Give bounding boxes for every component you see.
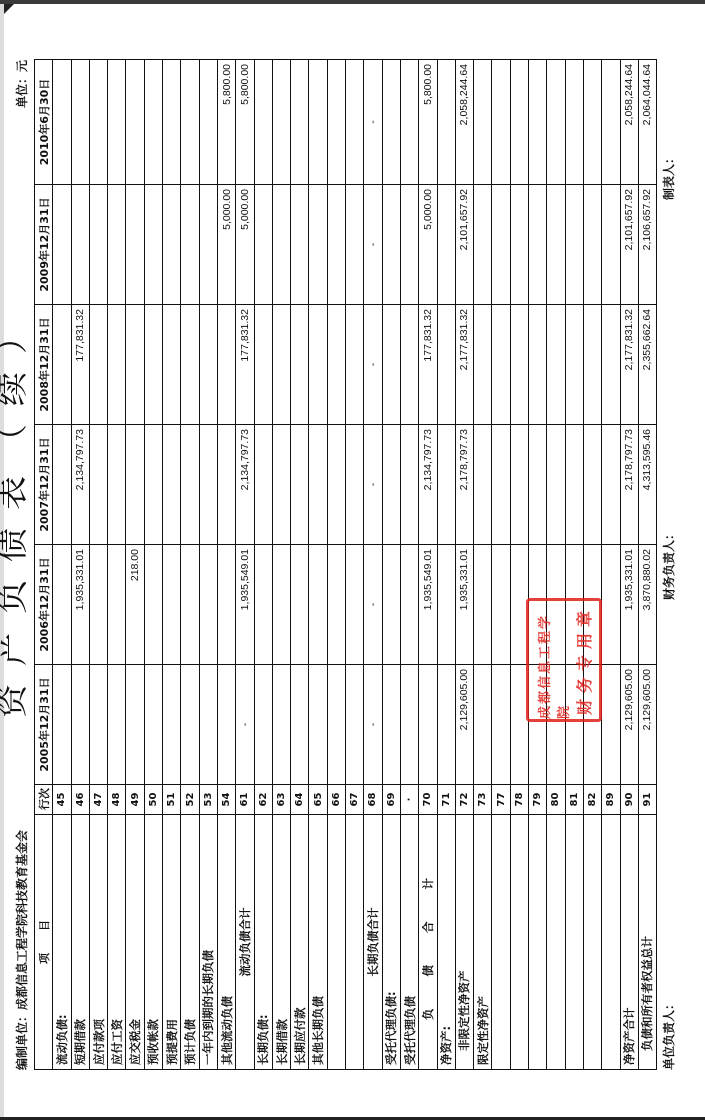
row-value-cell	[565, 545, 583, 665]
row-value-cell	[199, 60, 217, 185]
row-value-cell	[254, 60, 272, 185]
row-value-cell	[199, 425, 217, 545]
row-value-cell: 2,134,797.73	[236, 425, 254, 545]
row-value-cell	[89, 545, 107, 665]
row-value-cell	[89, 60, 107, 185]
row-value-cell	[199, 665, 217, 785]
row-value-cell	[346, 545, 364, 665]
row-value-cell: 4,313,595.46	[638, 425, 656, 545]
row-value-cell	[163, 185, 181, 305]
row-value-cell	[89, 425, 107, 545]
row-line-number: 70	[419, 785, 437, 815]
row-value-cell	[492, 185, 510, 305]
row-value-cell	[144, 545, 162, 665]
row-value-cell	[602, 425, 620, 545]
table-row: 长期应付款64	[291, 60, 309, 1070]
row-value-cell	[529, 185, 547, 305]
row-value-cell	[547, 665, 565, 785]
row-value-cell: -	[236, 665, 254, 785]
row-value-cell	[144, 60, 162, 185]
table-row: 受托代理负债:69	[382, 60, 400, 1070]
row-value-cell: 5,000.00	[217, 185, 235, 305]
row-item-label	[492, 815, 510, 1070]
row-value-cell	[199, 545, 217, 665]
table-row: 其他流动负债545,000.005,800.00	[217, 60, 235, 1070]
row-line-number: 80	[547, 785, 565, 815]
row-item-label: 预计负债	[181, 815, 199, 1070]
row-value-cell	[108, 185, 126, 305]
table-row: 应交税金49218.00	[126, 60, 144, 1070]
row-line-number: 49	[126, 785, 144, 815]
row-line-number: 47	[89, 785, 107, 815]
row-value-cell	[327, 545, 345, 665]
row-value-cell	[126, 305, 144, 425]
table-row: 应付工资48	[108, 60, 126, 1070]
header-period-2006: 2006年12月31日	[35, 545, 53, 665]
table-row: 67	[346, 60, 364, 1070]
row-value-cell	[565, 305, 583, 425]
preparer-signature: 制表人：	[660, 152, 677, 200]
row-line-number: 45	[53, 785, 71, 815]
row-value-cell	[583, 665, 601, 785]
row-value-cell	[492, 545, 510, 665]
table-row: 81	[565, 60, 583, 1070]
row-item-label: 其他流动负债	[217, 815, 235, 1070]
row-line-number: 71	[437, 785, 455, 815]
row-value-cell: 2,101,657.92	[620, 185, 638, 305]
row-line-number: 67	[346, 785, 364, 815]
row-line-number: 64	[291, 785, 309, 815]
row-line-number: 89	[602, 785, 620, 815]
row-item-label	[510, 815, 528, 1070]
row-line-number: 73	[474, 785, 492, 815]
row-value-cell: 2,101,657.92	[455, 185, 473, 305]
row-value-cell	[529, 305, 547, 425]
table-row: 其他长期负债65	[309, 60, 327, 1070]
row-value-cell	[510, 665, 528, 785]
row-value-cell: -	[364, 665, 382, 785]
row-value-cell: -	[364, 185, 382, 305]
row-value-cell	[382, 545, 400, 665]
row-value-cell: 177,831.32	[419, 305, 437, 425]
table-row: 长期负债合计68------	[364, 60, 382, 1070]
row-value-cell	[108, 425, 126, 545]
row-value-cell	[199, 185, 217, 305]
row-line-number: 63	[272, 785, 290, 815]
row-value-cell: -	[364, 425, 382, 545]
row-value-cell	[89, 185, 107, 305]
row-line-number: 91	[638, 785, 656, 815]
row-value-cell	[217, 545, 235, 665]
row-value-cell: 5,800.00	[419, 60, 437, 185]
table-row: 流动负债合计61-1,935,549.012,134,797.73177,831…	[236, 60, 254, 1070]
row-value-cell	[565, 425, 583, 545]
row-value-cell	[163, 665, 181, 785]
row-value-cell	[327, 425, 345, 545]
row-item-label: 应交税金	[126, 815, 144, 1070]
row-line-number: 66	[327, 785, 345, 815]
row-value-cell	[144, 185, 162, 305]
row-item-label: 非限定性净资产	[455, 815, 473, 1070]
row-value-cell	[163, 545, 181, 665]
row-value-cell	[53, 665, 71, 785]
row-value-cell: 2,058,244.64	[455, 60, 473, 185]
row-value-cell	[492, 425, 510, 545]
row-value-cell	[272, 665, 290, 785]
row-value-cell	[474, 185, 492, 305]
header-period-2007: 2007年12月31日	[35, 425, 53, 545]
row-item-label: 短期借款	[71, 815, 89, 1070]
row-value-cell	[437, 425, 455, 545]
row-value-cell	[346, 305, 364, 425]
row-line-number: 48	[108, 785, 126, 815]
row-item-label: 其他长期负债	[309, 815, 327, 1070]
row-value-cell: 5,800.00	[236, 60, 254, 185]
row-value-cell: -	[364, 305, 382, 425]
row-line-number: 77	[492, 785, 510, 815]
row-value-cell	[272, 545, 290, 665]
row-value-cell	[53, 305, 71, 425]
row-value-cell	[547, 425, 565, 545]
row-line-number: 62	[254, 785, 272, 815]
row-value-cell: 1,935,549.01	[419, 545, 437, 665]
row-value-cell	[309, 545, 327, 665]
row-value-cell	[217, 305, 235, 425]
row-value-cell	[309, 185, 327, 305]
row-value-cell: 177,831.32	[71, 305, 89, 425]
row-value-cell	[437, 185, 455, 305]
row-value-cell	[181, 60, 199, 185]
row-value-cell: 177,831.32	[236, 305, 254, 425]
row-line-number: 46	[71, 785, 89, 815]
row-value-cell: 2,177,831.32	[455, 305, 473, 425]
table-body: 流动负债:45短期借款461,935,331.012,134,797.73177…	[53, 60, 657, 1070]
row-line-number: 69	[382, 785, 400, 815]
row-line-number: 65	[309, 785, 327, 815]
row-value-cell: 2,064,044.64	[638, 60, 656, 185]
row-value-cell	[474, 545, 492, 665]
finance-head-signature: 财务负责人：	[660, 528, 677, 600]
row-value-cell	[565, 185, 583, 305]
row-value-cell	[437, 305, 455, 425]
row-item-label: 预收帐款	[144, 815, 162, 1070]
row-value-cell	[492, 665, 510, 785]
row-value-cell	[382, 305, 400, 425]
row-value-cell	[291, 545, 309, 665]
table-row: 82	[583, 60, 601, 1070]
row-value-cell	[254, 305, 272, 425]
table-row: 负 债 合 计701,935,549.012,134,797.73177,831…	[419, 60, 437, 1070]
row-value-cell: 5,000.00	[419, 185, 437, 305]
table-row: 78	[510, 60, 528, 1070]
row-value-cell	[181, 185, 199, 305]
row-value-cell	[565, 60, 583, 185]
row-value-cell	[163, 60, 181, 185]
row-value-cell	[108, 305, 126, 425]
row-value-cell	[583, 545, 601, 665]
row-value-cell	[382, 425, 400, 545]
table-row: 长期负债:62	[254, 60, 272, 1070]
row-line-number: 50	[144, 785, 162, 815]
row-value-cell	[529, 425, 547, 545]
signature-footer: 单位负责人： 财务负责人： 制表人：	[660, 60, 680, 1070]
row-value-cell	[71, 60, 89, 185]
organization-label: 编制单位：	[15, 1010, 29, 1070]
row-value-cell	[400, 425, 418, 545]
row-line-number: 51	[163, 785, 181, 815]
row-line-number: 79	[529, 785, 547, 815]
row-line-number: 68	[364, 785, 382, 815]
row-value-cell: 2,134,797.73	[71, 425, 89, 545]
row-value-cell	[291, 665, 309, 785]
row-value-cell: 2,129,605.00	[455, 665, 473, 785]
row-value-cell	[400, 665, 418, 785]
row-item-label	[602, 815, 620, 1070]
table-row: 79	[529, 60, 547, 1070]
row-item-label: 受托代理负债:	[382, 815, 400, 1070]
header-line-no: 行次	[35, 785, 53, 815]
table-row: 净资产:71	[437, 60, 455, 1070]
header-period-2005: 2005年12月31日	[35, 665, 53, 785]
row-item-label: 长期负债合计	[364, 815, 382, 1070]
row-value-cell: 2,355,662.64	[638, 305, 656, 425]
row-value-cell: 2,134,797.73	[419, 425, 437, 545]
balance-sheet-table: 项 目 行次 2005年12月31日 2006年12月31日 2007年12月3…	[34, 59, 657, 1070]
row-value-cell	[53, 425, 71, 545]
row-value-cell	[108, 545, 126, 665]
row-item-label	[529, 815, 547, 1070]
row-value-cell	[327, 305, 345, 425]
row-value-cell	[474, 665, 492, 785]
row-value-cell: 1,935,549.01	[236, 545, 254, 665]
row-value-cell	[327, 60, 345, 185]
table-row: 预收帐款50	[144, 60, 162, 1070]
row-value-cell: 5,800.00	[217, 60, 235, 185]
row-value-cell	[181, 545, 199, 665]
row-value-cell	[108, 665, 126, 785]
header-period-2009: 2009年12月31日	[35, 185, 53, 305]
row-value-cell: -	[364, 60, 382, 185]
table-row: 预提费用51	[163, 60, 181, 1070]
row-value-cell	[272, 60, 290, 185]
row-value-cell	[602, 185, 620, 305]
row-value-cell	[254, 185, 272, 305]
row-value-cell	[492, 60, 510, 185]
row-value-cell	[254, 425, 272, 545]
row-item-label	[327, 815, 345, 1070]
row-value-cell: 1,935,331.01	[455, 545, 473, 665]
row-value-cell	[400, 305, 418, 425]
table-row: 77	[492, 60, 510, 1070]
row-item-label: 限定性净资产	[474, 815, 492, 1070]
organization-name: 成都信息工程学院科技教育基金会	[15, 830, 29, 1010]
row-value-cell	[254, 545, 272, 665]
row-value-cell: 2,177,831.32	[620, 305, 638, 425]
row-value-cell: 2,106,657.92	[638, 185, 656, 305]
row-item-label: 应付工资	[108, 815, 126, 1070]
table-row: 流动负债:45	[53, 60, 71, 1070]
row-line-number: 52	[181, 785, 199, 815]
row-value-cell	[583, 185, 601, 305]
row-value-cell: -	[364, 545, 382, 665]
row-value-cell	[474, 305, 492, 425]
row-value-cell	[400, 185, 418, 305]
row-value-cell	[382, 185, 400, 305]
row-value-cell	[583, 60, 601, 185]
row-value-cell: 1,935,331.01	[620, 545, 638, 665]
row-value-cell	[309, 305, 327, 425]
header-period-2008: 2008年12月31日	[35, 305, 53, 425]
row-item-label: 负 债 合 计	[419, 815, 437, 1070]
table-row: 限定性净资产73	[474, 60, 492, 1070]
row-value-cell	[327, 185, 345, 305]
row-value-cell	[510, 425, 528, 545]
row-value-cell	[291, 60, 309, 185]
row-value-cell	[272, 185, 290, 305]
row-value-cell	[346, 185, 364, 305]
row-item-label: 一年内到期的长期负债	[199, 815, 217, 1070]
row-item-label	[547, 815, 565, 1070]
table-row: 应付款项47	[89, 60, 107, 1070]
table-row: 非限定性净资产722,129,605.001,935,331.012,178,7…	[455, 60, 473, 1070]
table-row: 净资产合计902,129,605.001,935,331.012,178,797…	[620, 60, 638, 1070]
row-value-cell	[217, 425, 235, 545]
table-row: 受托代理负债·	[400, 60, 418, 1070]
row-value-cell	[71, 185, 89, 305]
row-value-cell	[400, 60, 418, 185]
row-value-cell	[474, 60, 492, 185]
table-row: 一年内到期的长期负债53	[199, 60, 217, 1070]
row-value-cell	[529, 60, 547, 185]
row-value-cell: 2,058,244.64	[620, 60, 638, 185]
row-value-cell	[547, 545, 565, 665]
row-value-cell	[547, 305, 565, 425]
row-line-number: 90	[620, 785, 638, 815]
row-item-label	[583, 815, 601, 1070]
row-item-label: 净资产合计	[620, 815, 638, 1070]
header-item: 项 目	[35, 815, 53, 1070]
row-value-cell	[437, 545, 455, 665]
row-value-cell	[108, 60, 126, 185]
row-value-cell	[510, 545, 528, 665]
row-value-cell	[144, 425, 162, 545]
row-value-cell	[181, 425, 199, 545]
row-item-label: 负债和所有者权益总计	[638, 815, 656, 1070]
row-value-cell	[291, 305, 309, 425]
row-value-cell	[272, 305, 290, 425]
row-value-cell: 2,129,605.00	[620, 665, 638, 785]
row-item-label: 长期借款	[272, 815, 290, 1070]
row-value-cell	[181, 665, 199, 785]
row-value-cell	[346, 60, 364, 185]
row-item-label	[565, 815, 583, 1070]
unit-head-signature: 单位负责人：	[660, 998, 677, 1070]
row-line-number: ·	[400, 785, 418, 815]
row-value-cell	[71, 665, 89, 785]
table-row: 长期借款63	[272, 60, 290, 1070]
row-value-cell: 218.00	[126, 545, 144, 665]
row-value-cell	[346, 665, 364, 785]
row-line-number: 78	[510, 785, 528, 815]
document-meta-row: 编制单位：成都信息工程学院科技教育基金会 单位：元	[13, 60, 33, 1070]
row-value-cell	[144, 665, 162, 785]
header-period-2010: 2010年6月30日	[35, 60, 53, 185]
row-value-cell	[510, 305, 528, 425]
row-value-cell	[437, 60, 455, 185]
row-line-number: 53	[199, 785, 217, 815]
row-item-label: 净资产:	[437, 815, 455, 1070]
row-value-cell	[163, 425, 181, 545]
row-item-label: 流动负债:	[53, 815, 71, 1070]
row-value-cell	[291, 425, 309, 545]
table-row: 80	[547, 60, 565, 1070]
row-value-cell	[272, 425, 290, 545]
row-value-cell	[126, 60, 144, 185]
currency-unit: 单位：元	[13, 60, 30, 108]
row-value-cell	[474, 425, 492, 545]
table-row: 89	[602, 60, 620, 1070]
row-value-cell: 2,129,605.00	[638, 665, 656, 785]
row-value-cell	[602, 60, 620, 185]
row-line-number: 82	[583, 785, 601, 815]
row-value-cell	[254, 665, 272, 785]
row-value-cell	[492, 305, 510, 425]
row-value-cell	[419, 665, 437, 785]
row-value-cell	[583, 425, 601, 545]
row-item-label: 流动负债合计	[236, 815, 254, 1070]
row-value-cell	[510, 185, 528, 305]
table-row: 负债和所有者权益总计912,129,605.003,870,880.024,31…	[638, 60, 656, 1070]
table-row: 短期借款461,935,331.012,134,797.73177,831.32	[71, 60, 89, 1070]
row-line-number: 61	[236, 785, 254, 815]
row-value-cell	[126, 665, 144, 785]
row-value-cell	[529, 545, 547, 665]
row-value-cell	[309, 665, 327, 785]
row-value-cell	[199, 305, 217, 425]
row-value-cell	[547, 185, 565, 305]
row-value-cell	[53, 185, 71, 305]
row-value-cell	[437, 665, 455, 785]
row-value-cell: 5,000.00	[236, 185, 254, 305]
row-value-cell	[89, 665, 107, 785]
row-value-cell	[547, 60, 565, 185]
row-value-cell	[382, 665, 400, 785]
row-value-cell	[163, 305, 181, 425]
row-value-cell	[346, 425, 364, 545]
organization: 编制单位：成都信息工程学院科技教育基金会	[13, 830, 30, 1070]
row-value-cell	[217, 665, 235, 785]
row-value-cell: 1,935,331.01	[71, 545, 89, 665]
row-value-cell	[144, 305, 162, 425]
row-line-number: 54	[217, 785, 235, 815]
row-value-cell	[126, 425, 144, 545]
row-value-cell: 2,178,797.73	[455, 425, 473, 545]
row-value-cell	[291, 185, 309, 305]
row-value-cell	[126, 185, 144, 305]
row-value-cell	[181, 305, 199, 425]
row-value-cell	[382, 60, 400, 185]
row-value-cell: 3,870,880.02	[638, 545, 656, 665]
balance-sheet-page: 资产负债表（续） 编制单位：成都信息工程学院科技教育基金会 单位：元 项 目 行…	[0, 0, 705, 1120]
row-value-cell	[53, 60, 71, 185]
row-item-label: 受托代理负债	[400, 815, 418, 1070]
row-item-label: 长期应付款	[291, 815, 309, 1070]
row-value-cell	[400, 545, 418, 665]
table-row: 66	[327, 60, 345, 1070]
row-value-cell	[510, 60, 528, 185]
table-header-row: 项 目 行次 2005年12月31日 2006年12月31日 2007年12月3…	[35, 60, 53, 1070]
row-item-label	[346, 815, 364, 1070]
